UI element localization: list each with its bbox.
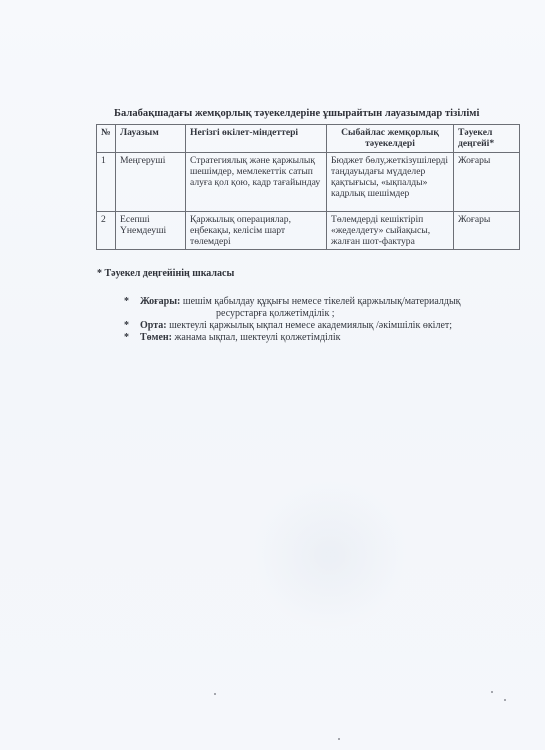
legend-text-continued: ресурстарға қолжетімділік ; bbox=[140, 308, 461, 320]
header-number: № bbox=[97, 125, 116, 153]
legend-text: жанама ықпал, шектеулі қолжетімділік bbox=[175, 332, 341, 343]
cell-level: Жоғары bbox=[454, 212, 520, 250]
scan-speck bbox=[214, 693, 216, 695]
legend-label: Төмен: bbox=[140, 332, 172, 343]
cell-number: 2 bbox=[97, 212, 116, 250]
paper-shadow bbox=[250, 480, 410, 630]
header-duties: Негізгі өкілет-міндеттері bbox=[186, 125, 327, 153]
legend-item-medium: * Орта: шектеулі қаржылық ықпал немесе а… bbox=[124, 320, 461, 332]
legend-text: шешім қабылдау құқығы немесе тікелей қар… bbox=[183, 296, 461, 307]
scan-speck bbox=[491, 691, 493, 693]
cell-duties: Қаржылық операциялар, еңбекақы, келісім … bbox=[186, 212, 327, 250]
table-row: 2 Есепші Үнемдеуші Қаржылық операциялар,… bbox=[97, 212, 520, 250]
asterisk-bullet-icon: * bbox=[124, 332, 129, 344]
legend-label: Орта: bbox=[140, 320, 167, 331]
table-row: 1 Меңгеруші Стратегиялық және қаржылық ш… bbox=[97, 153, 520, 212]
scan-speck bbox=[504, 699, 506, 701]
legend-item-high: * Жоғары: шешім қабылдау құқығы немесе т… bbox=[124, 296, 461, 320]
document-title: Балабақшадағы жемқорлық тәуекелдеріне ұш… bbox=[114, 108, 514, 119]
risk-positions-table: № Лауазым Негізгі өкілет-міндеттері Сыба… bbox=[96, 124, 520, 250]
scan-speck bbox=[338, 738, 340, 740]
risk-scale-legend: * Жоғары: шешім қабылдау құқығы немесе т… bbox=[124, 296, 461, 344]
asterisk-bullet-icon: * bbox=[124, 296, 129, 308]
asterisk-bullet-icon: * bbox=[124, 320, 129, 332]
header-risks: Сыбайлас жемқорлық тәуекелдері bbox=[327, 125, 454, 153]
cell-duties: Стратегиялық және қаржылық шешімдер, мем… bbox=[186, 153, 327, 212]
legend-item-low: * Төмен: жанама ықпал, шектеулі қолжетім… bbox=[124, 332, 461, 344]
cell-position: Меңгеруші bbox=[116, 153, 186, 212]
table-header-row: № Лауазым Негізгі өкілет-міндеттері Сыба… bbox=[97, 125, 520, 153]
header-level: Тәуекел деңгейі* bbox=[454, 125, 520, 153]
cell-level: Жоғары bbox=[454, 153, 520, 212]
cell-position: Есепші Үнемдеуші bbox=[116, 212, 186, 250]
legend-label: Жоғары: bbox=[140, 296, 180, 307]
header-position: Лауазым bbox=[116, 125, 186, 153]
legend-text: шектеулі қаржылық ықпал немесе академиял… bbox=[169, 320, 452, 331]
scanned-page: Балабақшадағы жемқорлық тәуекелдеріне ұш… bbox=[0, 0, 545, 750]
legend-title: * Тәуекел деңгейінің шкаласы bbox=[97, 268, 234, 279]
cell-risks: Төлемдерді кешіктіріп «жеделдету» сыйақы… bbox=[327, 212, 454, 250]
cell-number: 1 bbox=[97, 153, 116, 212]
cell-risks: Бюджет бөлу,жеткізушілерді таңдауыдағы м… bbox=[327, 153, 454, 212]
